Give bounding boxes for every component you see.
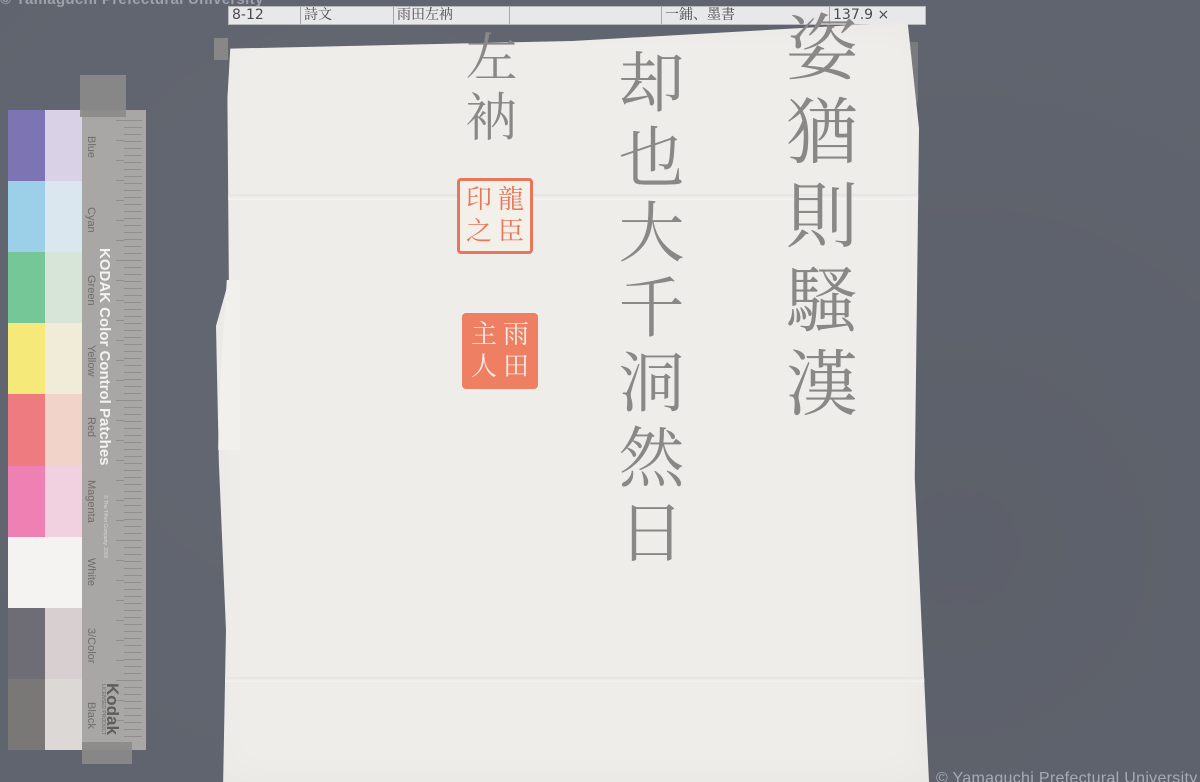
ruler-label-blue: Blue	[85, 136, 97, 158]
patch-blue	[8, 110, 82, 181]
blank-cell	[510, 7, 662, 24]
ruler-label-white: White	[85, 558, 97, 586]
patch-dark	[8, 608, 45, 679]
seal-char: 印	[463, 184, 495, 216]
patch-light	[45, 608, 82, 679]
patch-magenta	[8, 466, 82, 537]
patch-yellow	[8, 323, 82, 394]
category-cell: 詩文	[301, 7, 394, 24]
patch-3color	[8, 608, 82, 679]
patch-green	[8, 252, 82, 323]
ruler-label-black: Black	[85, 702, 97, 729]
patch-dark	[8, 466, 45, 537]
patch-dark	[8, 679, 45, 750]
seal-char: 之	[463, 216, 495, 248]
kodak-strip-title: KODAK Color Control Patches	[96, 248, 113, 466]
patch-black	[8, 679, 82, 750]
tape-ruler-top	[80, 75, 126, 117]
patch-dark	[8, 323, 45, 394]
calligraphy-column-right: 姿猶則騷漢	[780, 10, 852, 430]
catalog-id-cell: 8-12	[229, 7, 301, 24]
seal-char: 主	[468, 319, 500, 351]
tape-ruler-bottom	[82, 742, 132, 764]
ruler-ticks	[124, 120, 142, 740]
seal-char: 臣	[495, 216, 527, 248]
calligraphy-signature: 左衲	[460, 30, 512, 150]
copyright-watermark-bottom: © Yamaguchi Prefectural University	[936, 770, 1198, 782]
ruler-label-magenta: Magenta	[85, 480, 97, 523]
ruler-ticks-cm	[116, 120, 124, 740]
seal-char: 人	[468, 351, 500, 383]
kodak-strip-copyright: © The Tiffen Company, 2000	[102, 495, 108, 558]
seal-char: 田	[500, 351, 532, 383]
patch-light	[45, 181, 82, 252]
seal-lower-icon: 主 雨 人 田	[462, 313, 538, 389]
patch-dark	[8, 181, 45, 252]
patch-dark	[8, 537, 45, 608]
patch-light	[45, 537, 82, 608]
kodak-color-patches	[8, 110, 82, 750]
patch-dark	[8, 110, 45, 181]
patch-dark	[8, 252, 45, 323]
patch-white	[8, 537, 82, 608]
patch-light	[45, 110, 82, 181]
kodak-licensed-label: LICENSED PRODUCT	[100, 684, 106, 735]
seal-upper-icon: 印 龍 之 臣	[457, 178, 533, 254]
patch-light	[45, 466, 82, 537]
seal-char: 雨	[500, 319, 532, 351]
copyright-watermark-top: © Yamaguchi Prefectural University	[0, 0, 264, 8]
author-cell: 雨田左衲	[394, 7, 510, 24]
ruler-label-cyan: Cyan	[85, 207, 97, 233]
patch-light	[45, 323, 82, 394]
patch-light	[45, 679, 82, 750]
patch-dark	[8, 394, 45, 465]
patch-cyan	[8, 181, 82, 252]
seal-char: 龍	[495, 184, 527, 216]
ruler-label-3color: 3/Color	[85, 628, 97, 663]
calligraphy-column-middle: 却也大千洞然日	[612, 48, 678, 573]
tape-top-left	[214, 38, 228, 60]
patch-light	[45, 394, 82, 465]
patch-light	[45, 252, 82, 323]
patch-red	[8, 394, 82, 465]
